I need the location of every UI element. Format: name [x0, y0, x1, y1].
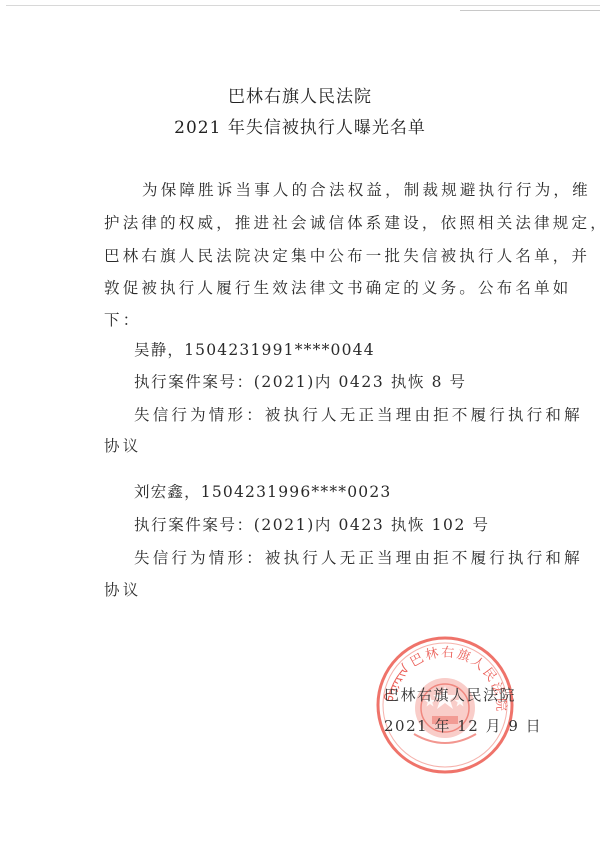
entry-name-id: 刘宏鑫，1504231996****0023 — [134, 482, 391, 502]
entry-behavior-cont: 协议 — [104, 580, 141, 600]
entry-case-number: 执行案件案号：(2021)内 0423 执恢 102 号 — [134, 515, 490, 535]
intro-line: 巴林右旗人民法院决定集中公布一批失信被执行人名单，并 — [104, 246, 590, 266]
intro-line: 护法律的权威，推进社会诚信体系建设，依照相关法律规定， — [104, 213, 600, 233]
entry-behavior: 失信行为情形：被执行人无正当理由拒不履行执行和解 — [134, 405, 583, 425]
intro-line: 下： — [104, 310, 141, 330]
entry-behavior-cont: 协议 — [104, 436, 141, 456]
intro-line: 为保障胜诉当事人的合法权益，制裁规避执行行为，维 — [142, 180, 591, 200]
intro-line: 敦促被执行人履行生效法律文书确定的义务。公布名单如 — [104, 278, 572, 298]
scan-edge-line — [460, 10, 600, 11]
scan-edge-line — [6, 5, 600, 6]
signature-date: 2021 年 12 月 9 日 — [384, 715, 542, 736]
court-seal-icon: ᠪᠠᠭᠠᠷᠢᠨ 巴林右旗人民法院 — [374, 634, 516, 776]
entry-case-number: 执行案件案号：(2021)内 0423 执恢 8 号 — [134, 372, 467, 392]
signature-court: 巴林右旗人民法院 — [384, 684, 516, 705]
court-name-heading: 巴林右旗人民法院 — [0, 86, 600, 108]
entry-behavior: 失信行为情形：被执行人无正当理由拒不履行执行和解 — [134, 548, 583, 568]
document-title: 2021 年失信被执行人曝光名单 — [0, 117, 600, 139]
entry-name-id: 吴静，1504231991****0044 — [134, 340, 375, 360]
